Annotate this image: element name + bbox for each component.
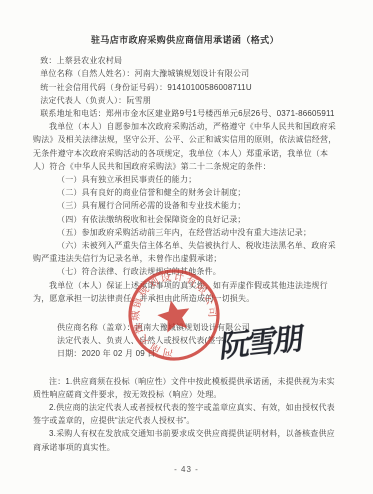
notes-block: 注：1.供应商须在投标（响应性）文件中按此模板提供承诺函，未提供视为未实质性响应…: [33, 375, 337, 454]
commitment-item-1: （一）具有独立承担民事责任的能力；: [33, 173, 337, 186]
commitment-item-5: （五）参加政府采购活动前三年内，在经营活动中没有重大违法记录；: [33, 226, 337, 239]
note-line-2: 2.供应商的法定代表人或者授权代表的签字或盖章应真实、有效，如由授权代表签字或盖…: [33, 401, 337, 427]
note-line-3: 3.采购人有权在发放成交通知书前要求成交供应商提供证明材料，以备核查供应商承诺事…: [33, 427, 337, 453]
recipient-line: 致：上蔡县农业农村局: [33, 54, 337, 67]
page-number: - 43 -: [0, 463, 373, 476]
commitment-item-2: （二）具有良好的商业信誉和健全的财务会计制度；: [33, 186, 337, 199]
field-address-phone: 联系地址和电话：郑州市金水区建业路9号1号楼西单元6层26号、0371-8660…: [33, 107, 337, 120]
note-line-1: 注：1.供应商须在投标（响应性）文件中按此模板提供承诺函，未提供视为未实质性响应…: [33, 375, 337, 401]
commitment-item-7: （七）符合法律、行政法规规定的其他条件。: [33, 265, 337, 278]
promise-paragraph: 我单位（本人）保证上述承诺事项的真实性，如有弄虚作假或其他违法违规行为，愿意承担…: [33, 279, 337, 305]
field-legal-rep: 法定代表人（负责人）：阮雪朋: [33, 94, 337, 107]
commitment-item-4: （四）有依法缴纳税收和社会保障资金的良好记录；: [33, 213, 337, 226]
commitment-item-6: （六）未被列入严重失信主体名单、失信被执行人、税收违法黑名单、政府采购严重违法失…: [33, 239, 337, 265]
document-page: 驻马店市政府采购供应商信用承诺函（格式） 致：上蔡县农业农村局 单位名称（自然人…: [0, 0, 373, 494]
field-credit-code: 统一社会信用代码（身份证号码）：91410100586008711U: [33, 81, 337, 94]
field-unit-name: 单位名称（自然人姓名）：河南大豫城镇规划设计有限公司: [33, 67, 337, 80]
intro-paragraph: 我单位（本人）自愿参加本次政府采购活动，严格遵守《中华人民共和国政府采购法》及相…: [33, 120, 337, 173]
page-title: 驻马店市政府采购供应商信用承诺函（格式）: [33, 34, 337, 47]
commitment-item-3: （三）具有履行合同所必需的设备和专业技术能力；: [33, 199, 337, 212]
signature-handwriting: 阮雪朋: [217, 313, 314, 378]
